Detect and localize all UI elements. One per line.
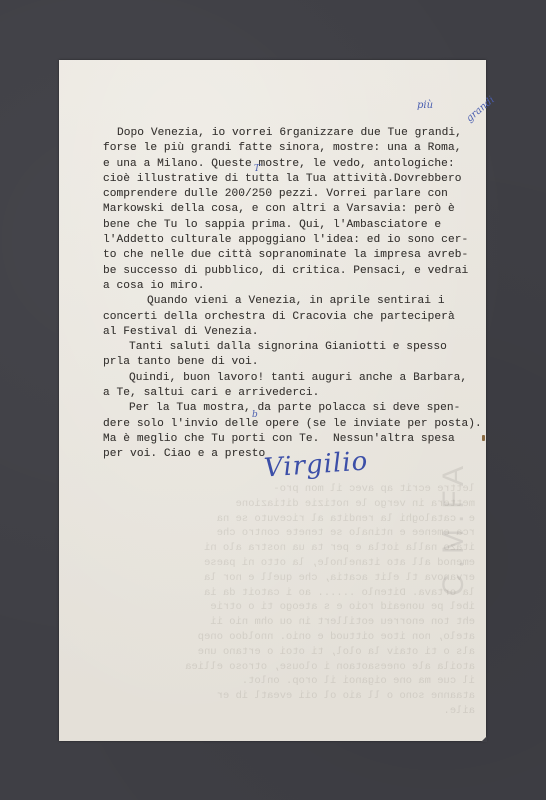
letter-line: dere solo l'invio delle opere (se le inv… bbox=[103, 417, 483, 432]
letter-sheet: C.M.FA lettre ecrit ap avec il mon pro- … bbox=[59, 60, 486, 741]
staple-mark bbox=[482, 435, 485, 441]
letter-line: Dopo Venezia, io vorrei 6rganizzare due … bbox=[103, 126, 483, 141]
letter-line: l'Addetto culturale appoggiano l'idea: e… bbox=[103, 233, 483, 248]
letter-line: a cosa io miro. bbox=[103, 279, 483, 294]
handwritten-annotation-b: b bbox=[252, 410, 258, 420]
letter-line: prla tanto bene di voi. bbox=[103, 355, 483, 370]
handwritten-annotation-t: T bbox=[254, 164, 260, 174]
letter-body: Dopo Venezia, io vorrei 6rganizzare due … bbox=[103, 126, 483, 463]
show-through-text: lettre ecrit ap avec il mon pro- mettera… bbox=[155, 482, 475, 719]
letter-line: cioè illustrative di tutta la Tua attivi… bbox=[103, 172, 483, 187]
letter-line: Tanti saluti dalla signorina Gianiotti e… bbox=[103, 340, 483, 355]
letter-line: be successo di pubblico, di critica. Pen… bbox=[103, 264, 483, 279]
letter-line: e una a Milano. Queste mostre, le vedo, … bbox=[103, 157, 483, 172]
letter-line: concerti della orchestra di Cracovia che… bbox=[103, 310, 483, 325]
letter-line: Markowski della cosa, e con altri a Vars… bbox=[103, 202, 483, 217]
letter-line: Per la Tua mostra, da parte polacca si d… bbox=[103, 401, 483, 416]
letter-line: a Te, saltui cari e arrivederci. bbox=[103, 386, 483, 401]
letter-line: al Festival di Venezia. bbox=[103, 325, 483, 340]
letter-line: bene che Tu lo sappia prima. Qui, l'Amba… bbox=[103, 218, 483, 233]
letter-line: Quindi, buon lavoro! tanti auguri anche … bbox=[103, 371, 483, 386]
handwritten-annotation-piu: più bbox=[417, 100, 433, 111]
letter-line: forse le più grandi fatte sinora, mostre… bbox=[103, 141, 483, 156]
letter-line: comprendere dulle 200/250 pezzi. Vorrei … bbox=[103, 187, 483, 202]
letter-line: to che nelle due città sopranominate la … bbox=[103, 248, 483, 263]
letter-line: Quando vieni a Venezia, in aprile sentir… bbox=[103, 294, 483, 309]
letter-line: Ma è meglio che Tu porti con Te. Nessun'… bbox=[103, 432, 483, 447]
handwritten-signature: Virgilio bbox=[263, 446, 369, 483]
